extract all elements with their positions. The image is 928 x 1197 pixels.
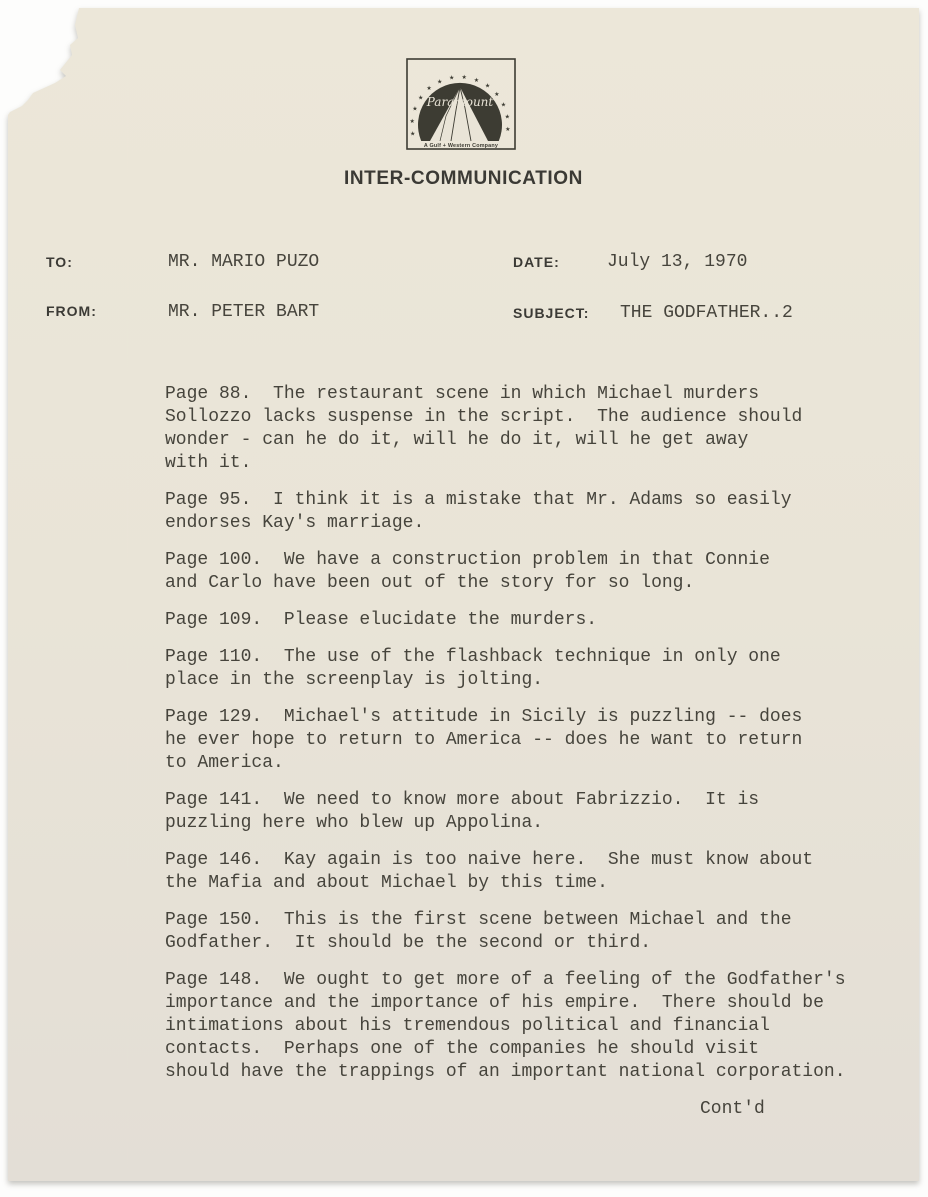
svg-text:★: ★ [426,85,431,92]
memo-paragraph: Page 150. This is the first scene betwee… [165,909,895,955]
meta-to-value: MR. MARIO PUZO [168,252,319,272]
svg-text:★: ★ [485,83,490,90]
meta-subject-label: SUBJECT: [513,305,589,321]
meta-date-label: DATE: [513,254,560,270]
svg-text:★: ★ [505,114,510,121]
paramount-logo: Paramount ★ ★ ★ ★ ★ ★ ★ ★ ★ ★ ★ ★ ★ ★ A … [406,58,516,150]
svg-text:★: ★ [505,126,510,133]
memo-paragraph: Page 100. We have a construction problem… [165,549,895,595]
memo-paragraph: Page 146. Kay again is too naive here. S… [165,849,895,895]
meta-subject-value: THE GODFATHER..2 [620,303,793,323]
svg-text:★: ★ [474,77,479,84]
memo-body: Page 88. The restaurant scene in which M… [165,383,895,1121]
page-background: { "logo": { "brand": "Paramount", "tagli… [0,0,928,1197]
scan-background: Paramount ★ ★ ★ ★ ★ ★ ★ ★ ★ ★ ★ ★ ★ ★ A … [0,0,928,1197]
svg-text:★: ★ [410,130,415,137]
memo-paragraph: Page 95. I think it is a mistake that Mr… [165,489,895,535]
contd-note: Cont'd [165,1098,895,1121]
svg-text:★: ★ [418,95,423,102]
svg-text:★: ★ [412,106,417,113]
meta-to-label: TO: [46,254,73,270]
memo-paragraph: Page 141. We need to know more about Fab… [165,789,895,835]
svg-text:★: ★ [494,91,499,98]
memo-paragraph: Page 109. Please elucidate the murders. [165,609,895,632]
svg-text:★: ★ [501,102,506,109]
logo-brand-script: Paramount [426,95,494,109]
memo-paragraph: Page 129. Michael's attitude in Sicily i… [165,706,895,775]
svg-text:★: ★ [462,74,467,81]
svg-text:★: ★ [410,118,415,125]
svg-text:★: ★ [449,75,454,82]
meta-date-value: July 13, 1970 [607,252,747,272]
memo-title: INTER-COMMUNICATION [8,168,919,190]
meta-from-label: FROM: [46,303,97,319]
logo-tagline: A Gulf + Western Company [424,143,498,149]
svg-text:★: ★ [437,79,442,86]
memo-paragraph: Page 148. We ought to get more of a feel… [165,969,895,1084]
memo-paper: Paramount ★ ★ ★ ★ ★ ★ ★ ★ ★ ★ ★ ★ ★ ★ A … [8,8,919,1181]
memo-paragraph: Page 110. The use of the flashback techn… [165,646,895,692]
memo-paragraph: Page 88. The restaurant scene in which M… [165,383,895,475]
meta-from-value: MR. PETER BART [168,302,319,322]
